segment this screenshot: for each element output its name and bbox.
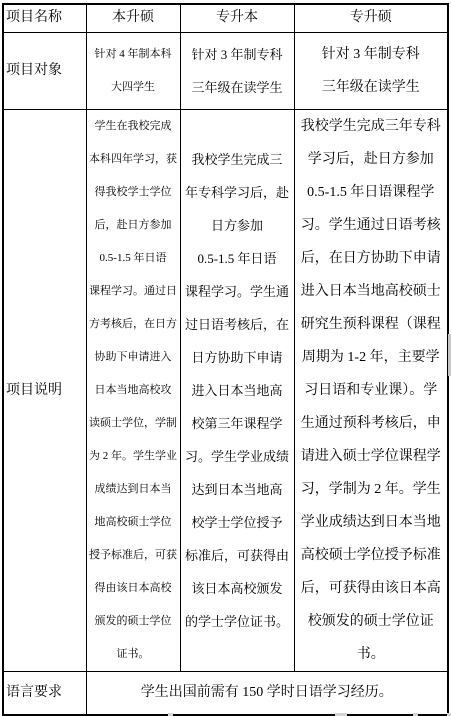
table-header-row: 项目名称 本升硕 专升本 专升硕 xyxy=(3,4,448,32)
row-label-project-target: 项目对象 xyxy=(3,32,86,109)
row-label-project-description: 项目说明 xyxy=(3,109,86,671)
language-requirement-row: 语言要求 学生出国前需有 150 学时日语学习经历。 xyxy=(3,671,448,715)
cell-description-associate-to-master: 我校学生完成三年专科 学习后，赴日方参加 0.5-1.5 年日语课程学 习。学生… xyxy=(294,109,448,671)
cell-target-associate-to-master: 针对 3 年制专科 三年级在读学生 xyxy=(294,32,448,109)
header-cell-associate-to-bachelor: 专升本 xyxy=(180,4,294,32)
header-cell-associate-to-master: 专升硕 xyxy=(294,4,448,32)
project-target-row: 项目对象 针对 4 年制本科 大四学生 针对 3 年制专科 三年级在读学生 针对… xyxy=(3,32,448,109)
cell-target-associate-to-bachelor: 针对 3 年制专科 三年级在读学生 xyxy=(180,32,294,109)
cell-target-bachelor-to-master: 针对 4 年制本科 大四学生 xyxy=(86,32,180,109)
project-description-row: 项目说明 学生在我校完成 本科四年学习，获 得我校学士学位 后，赴日方参加 0.… xyxy=(3,109,448,671)
cell-description-bachelor-to-master: 学生在我校完成 本科四年学习，获 得我校学士学位 后，赴日方参加 0.5-1.5… xyxy=(86,109,180,671)
header-cell-project-name: 项目名称 xyxy=(3,4,86,32)
cell-description-associate-to-bachelor: 我校学生完成三 年专科学习后，赴 日方参加 0.5-1.5 年日语 课程学习。学… xyxy=(180,109,294,671)
study-abroad-program-table: 项目名称 本升硕 专升本 专升硕 项目对象 针对 4 年制本科 大四学生 针对 … xyxy=(2,3,449,716)
cell-language-requirement: 学生出国前需有 150 学时日语学习经历。 xyxy=(86,671,448,715)
row-label-language-requirement: 语言要求 xyxy=(3,671,86,715)
header-cell-bachelor-to-master: 本升硕 xyxy=(86,4,180,32)
